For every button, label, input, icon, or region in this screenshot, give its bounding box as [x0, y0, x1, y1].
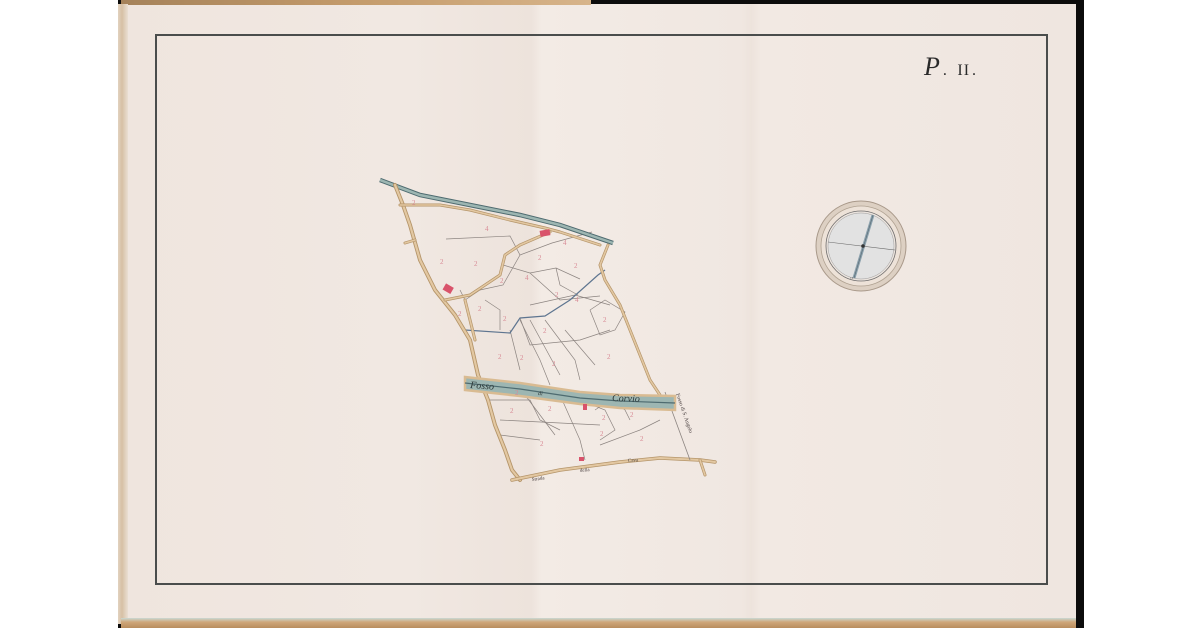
building — [443, 283, 454, 294]
svg-text:4: 4 — [525, 274, 529, 282]
svg-text:2: 2 — [538, 254, 542, 262]
svg-text:2: 2 — [600, 430, 604, 438]
svg-text:4: 4 — [563, 239, 567, 247]
building — [579, 457, 584, 461]
svg-text:2: 2 — [540, 440, 544, 448]
compass-rose-icon: ‹› — [810, 200, 913, 293]
svg-text:2: 2 — [515, 389, 519, 397]
svg-text:2: 2 — [640, 435, 644, 443]
svg-text:2: 2 — [478, 305, 482, 313]
svg-text:2: 2 — [520, 354, 524, 362]
canal-label-word: Corvio — [612, 393, 640, 405]
svg-text:2: 2 — [498, 353, 502, 361]
roads — [395, 185, 715, 480]
building — [540, 229, 551, 237]
svg-text:2: 2 — [548, 405, 552, 413]
svg-text:2: 2 — [607, 353, 611, 361]
svg-text:2: 2 — [602, 414, 606, 422]
east-road-label: Fosso di S. Angelo — [674, 393, 693, 434]
main-canal — [465, 377, 675, 410]
svg-text:2: 2 — [458, 310, 462, 318]
inner-stream — [465, 270, 605, 333]
svg-text:2: 2 — [630, 411, 634, 419]
svg-text:2: 2 — [603, 316, 607, 324]
parcel-marks: 2 4 2 2 4 2 2 4 2 2 4 2 2 2 2 2 2 2 2 2 … — [412, 199, 644, 448]
road-east — [600, 245, 660, 395]
cadastral-map: 2 4 2 2 4 2 2 4 2 2 4 2 2 2 2 2 2 2 2 2 … — [0, 0, 1200, 628]
svg-text:‹›: ‹› — [850, 276, 854, 281]
building — [583, 404, 587, 410]
svg-text:2: 2 — [503, 315, 507, 323]
north-canal — [380, 180, 613, 243]
svg-text:2: 2 — [552, 360, 556, 368]
svg-text:4: 4 — [575, 296, 579, 304]
road-inner — [445, 232, 550, 300]
svg-text:2: 2 — [440, 258, 444, 266]
parcel-boundaries — [446, 232, 660, 460]
road-label-word: Strada — [532, 476, 546, 483]
svg-text:2: 2 — [543, 327, 547, 335]
svg-text:2: 2 — [412, 199, 416, 207]
svg-text:2: 2 — [574, 262, 578, 270]
svg-text:2: 2 — [555, 291, 559, 299]
canal-label-word: di — [538, 391, 543, 397]
svg-text:2: 2 — [500, 277, 504, 285]
svg-text:2: 2 — [510, 407, 514, 415]
svg-text:4: 4 — [485, 225, 489, 233]
road-label-word: Cava — [628, 458, 639, 464]
svg-text:2: 2 — [474, 260, 478, 268]
road-label-word: della — [580, 468, 591, 474]
canal-label-word: Fosso — [469, 380, 495, 393]
